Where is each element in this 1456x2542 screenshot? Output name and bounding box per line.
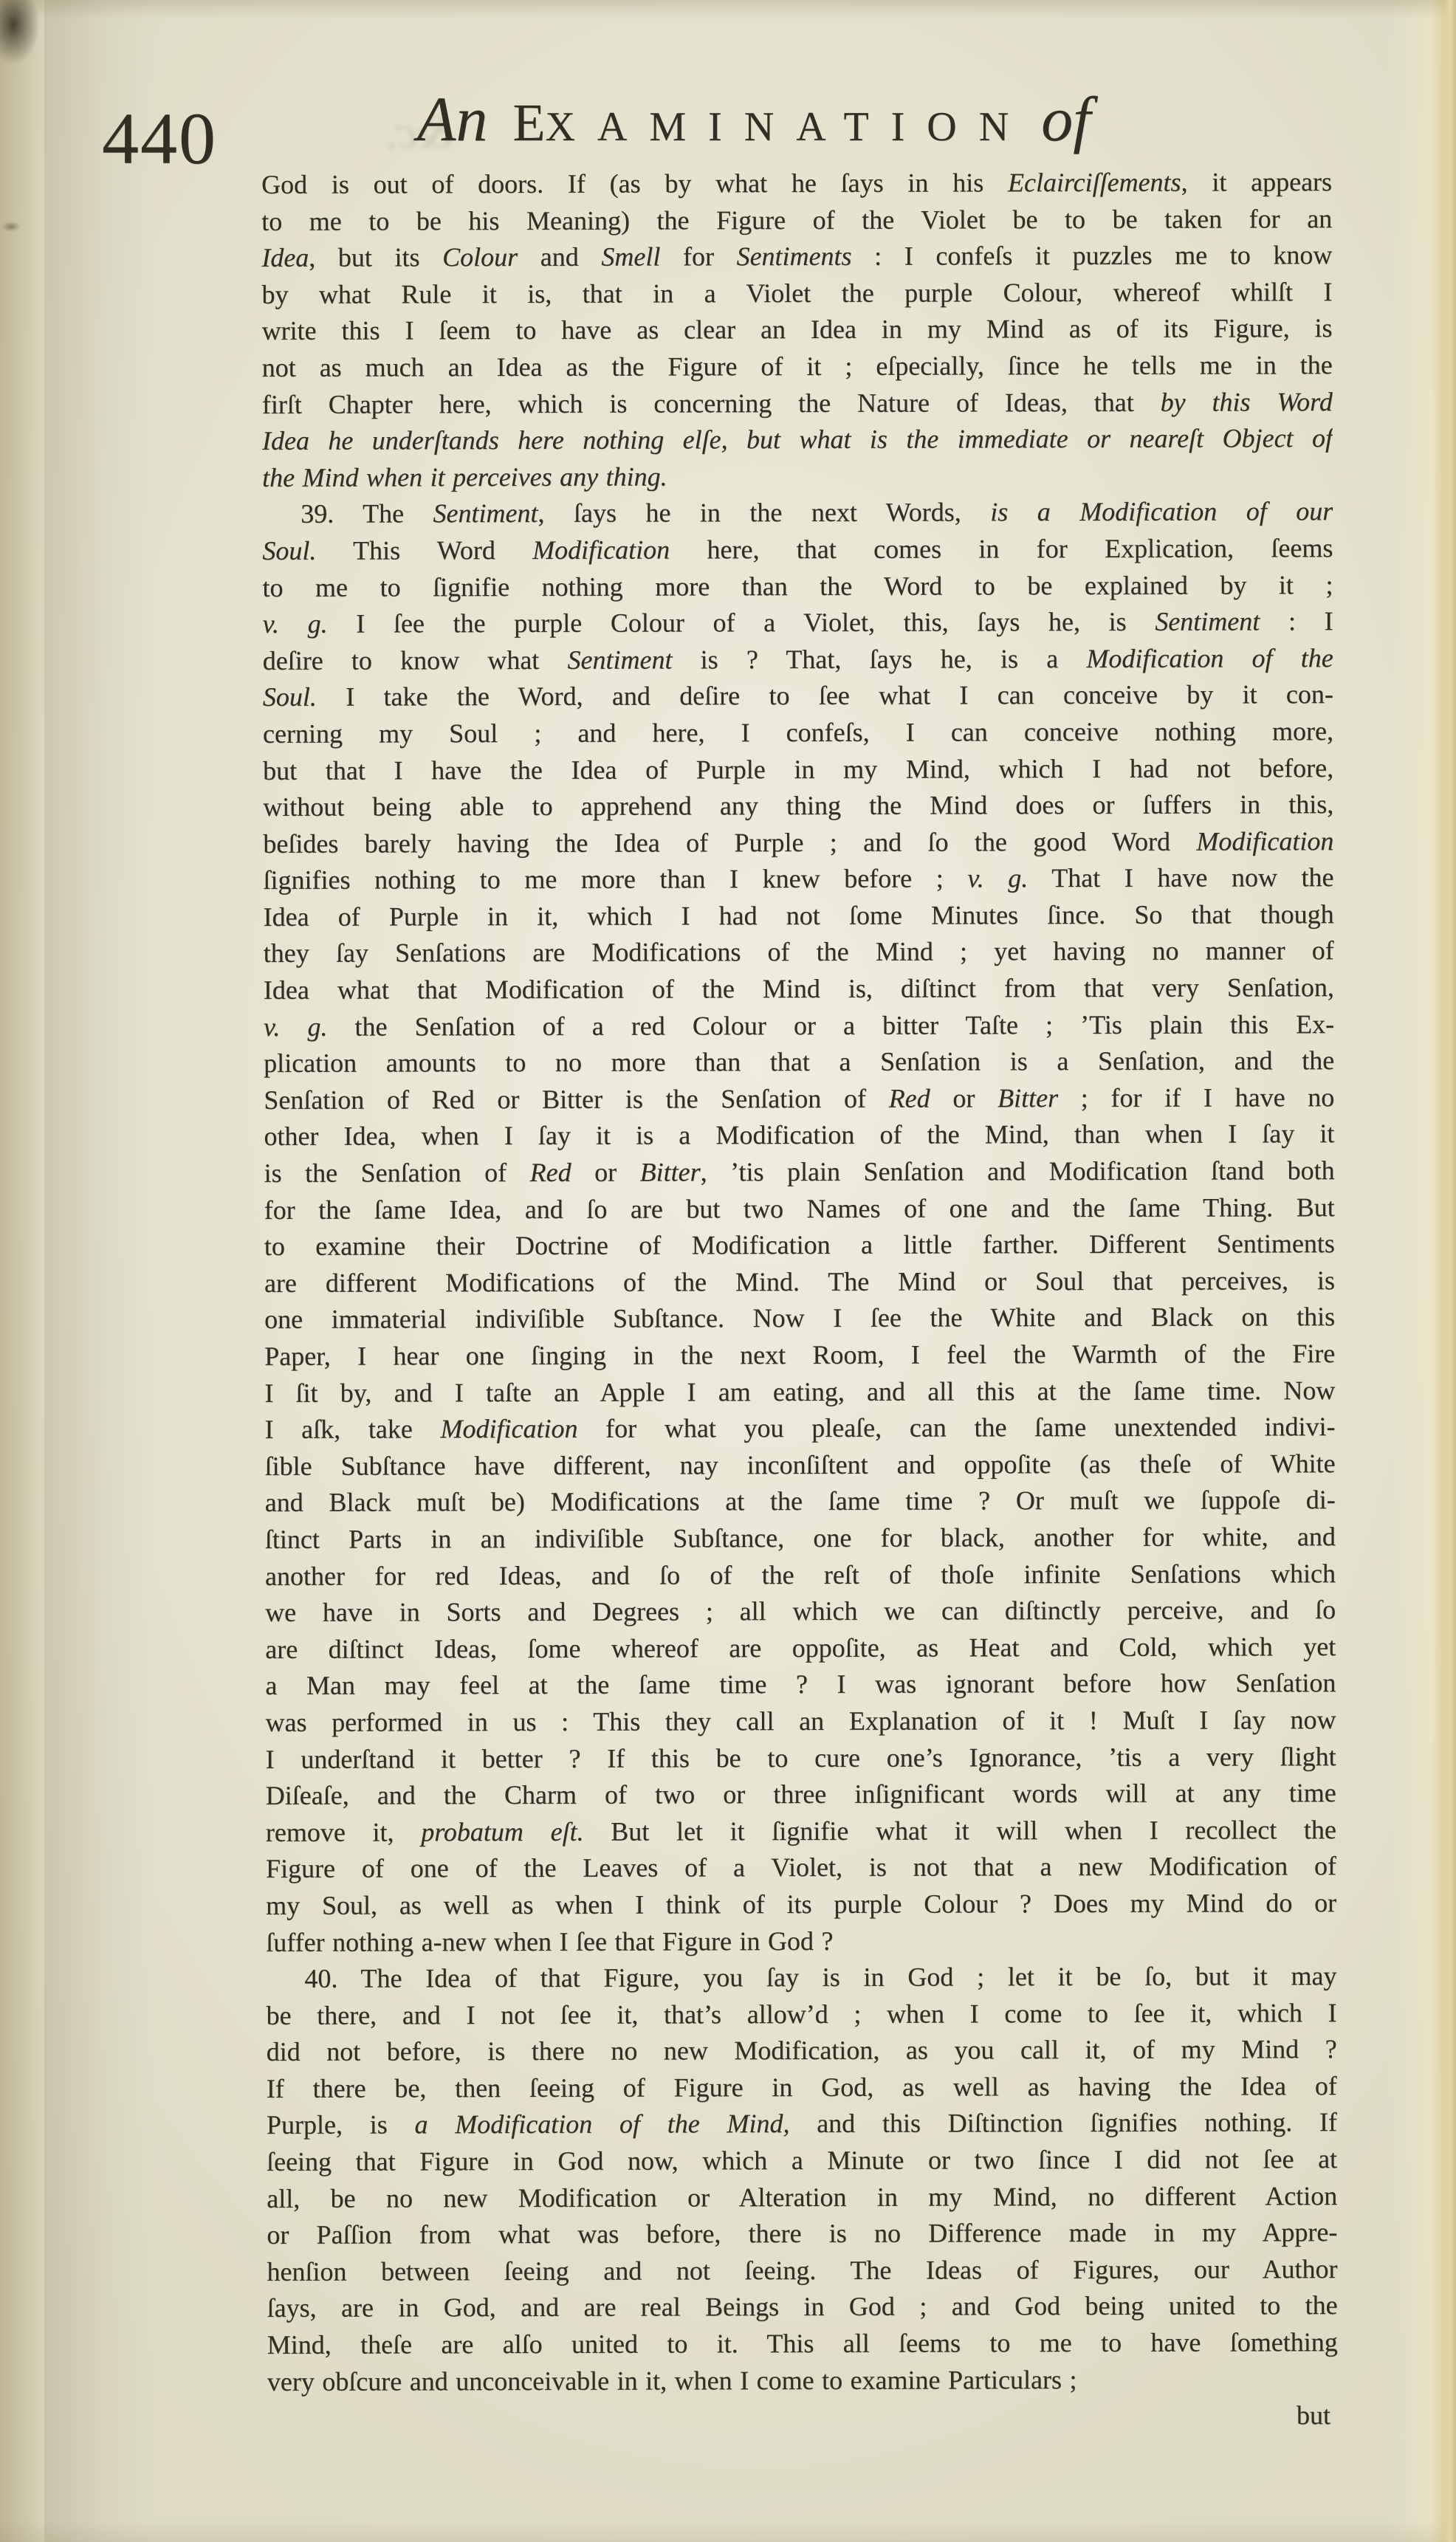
text-segment-italic: probatum eſt. [421, 1816, 583, 1847]
text-line: and Black muſt be) Modifications at the … [265, 1482, 1336, 1521]
text-segment-italic: Idea he underſtands here nothing elſe, b… [262, 423, 1333, 456]
text-segment: write this I ſeem to have as clear an Id… [262, 313, 1333, 346]
text-line: to me to ſignifie nothing more than the … [262, 567, 1333, 606]
text-segment: ſignifies nothing to me more than I knew… [263, 864, 967, 895]
running-title-main: EXAMINATION [512, 131, 1031, 143]
text-block: God is out of doors. If (as by what he ſ… [261, 164, 1338, 2437]
text-segment: ſuffer nothing a-new when I ſee that Fig… [266, 1926, 833, 1957]
running-title-rest: XAMINATION [545, 104, 1031, 150]
text-line: are different Modifications of the Mind.… [264, 1263, 1335, 1302]
text-segment: for [660, 241, 736, 271]
text-segment-italic: Soul. [262, 536, 316, 566]
text-segment: by what Rule it is, that in a Violet the… [261, 277, 1332, 309]
text-segment-italic: a Modification of the Mind, [414, 2109, 789, 2140]
text-segment: deſire to know what [263, 645, 568, 676]
text-segment: This Word [316, 535, 532, 566]
text-segment: be there, and I not ſee it, that’s allow… [266, 1998, 1336, 2030]
text-line: they ſay Senſations are Modifications of… [264, 933, 1334, 972]
text-segment: very obſcure and unconceivable in it, wh… [267, 2365, 1077, 2397]
text-segment: to examine their Doctrine of Modificatio… [264, 1229, 1335, 1261]
text-segment-italic: Soul. [263, 682, 317, 712]
text-segment: ſeeing that Figure in God now, which a M… [267, 2144, 1337, 2177]
text-segment-italic: Sentiments [736, 241, 851, 271]
text-segment: or [571, 1158, 640, 1187]
text-segment: : I confeſs it puzzles me to know [851, 240, 1332, 271]
text-segment: beſides barely having the Idea of Purple… [263, 826, 1196, 858]
text-segment: Senſation of Red or Bitter is the Senſat… [264, 1084, 888, 1115]
text-line: firſt Chapter here, which is concerning … [262, 384, 1333, 423]
text-line: other Idea, when I ſay it is a Modificat… [264, 1116, 1334, 1155]
text-segment: Mind, theſe are alſo united to it. This … [267, 2327, 1338, 2360]
text-segment: Paper, I hear one ſinging in the next Ro… [264, 1339, 1335, 1371]
text-segment-italic: Modification [440, 1414, 577, 1443]
text-segment: I underſtand it better ? If this be to c… [266, 1742, 1336, 1774]
text-segment: did not before, is there no new Modifica… [267, 2034, 1337, 2067]
text-line: is the Senſation of Red or Bitter, ’tis … [264, 1153, 1334, 1192]
text-line: my Soul, as well as when I think of its … [266, 1885, 1336, 1924]
binding-shadow [44, 0, 155, 2542]
text-segment: the Senſation of a red Colour or a bitte… [327, 1009, 1334, 1042]
text-line: one immaterial indiviſible Subſtance. No… [264, 1299, 1335, 1339]
text-segment: I ſit by, and I taſte an Apple I am eati… [264, 1375, 1335, 1408]
text-line: the Mind when it perceives any thing. [262, 457, 1333, 496]
text-segment: But let it ſignifie what it will when I … [584, 1815, 1336, 1847]
text-segment: other Idea, when I ſay it is a Modificat… [264, 1119, 1334, 1152]
text-segment: Figure of one of the Leaves of a Violet,… [266, 1851, 1336, 1883]
text-segment: a Man may feel at the ſame time ? I was … [265, 1668, 1336, 1700]
text-segment-italic: Modification [1196, 826, 1333, 856]
scan-corner-smudge [0, 0, 40, 65]
text-segment: and this Diſtinction ſignifies nothing. … [789, 2108, 1337, 2139]
running-title: AnEXAMINATIONof [0, 87, 1456, 151]
text-segment: 39. The [301, 499, 433, 529]
text-line: 39. The Sentiment, ſays he in the next W… [262, 493, 1333, 532]
text-segment-italic: Red [889, 1083, 930, 1113]
text-line: Idea he underſtands here nothing elſe, b… [262, 420, 1333, 459]
text-segment: I take the Word, and deſire to ſee what … [317, 679, 1333, 712]
text-segment: another for red Ideas, and ſo of the reſ… [265, 1559, 1336, 1591]
text-line: ſtinct Parts in an indiviſible Subſtance… [265, 1519, 1336, 1558]
text-segment: plication amounts to no more than that a… [264, 1045, 1334, 1078]
text-segment: , it appears [1181, 167, 1332, 197]
text-line: I ſit by, and I taſte an Apple I am eati… [264, 1373, 1335, 1412]
text-segment: they ſay Senſations are Modifications of… [264, 936, 1334, 969]
text-segment: , but its [309, 242, 442, 272]
text-line: Mind, theſe are alſo united to it. This … [267, 2324, 1338, 2363]
text-line: to examine their Doctrine of Modificatio… [264, 1226, 1335, 1265]
text-segment: I aſk, take [264, 1414, 440, 1444]
text-segment-italic: by this Word [1161, 387, 1333, 417]
text-line: ſible Subſtance have different, nay inco… [265, 1446, 1336, 1485]
text-line: 40. The Idea of that Figure, you ſay is … [266, 1958, 1336, 1997]
text-line: Diſeaſe, and the Charm of two or three i… [266, 1775, 1336, 1814]
text-segment: I ſee the purple Colour of a Violet, thi… [328, 607, 1155, 639]
text-segment: not as much an Idea as the Figure of it … [262, 350, 1333, 382]
text-segment: and Black muſt be) Modifications at the … [265, 1485, 1336, 1517]
text-line: plication amounts to no more than that a… [264, 1042, 1334, 1082]
text-segment-italic: Sentiment [433, 498, 538, 528]
text-segment-italic: Red [530, 1158, 571, 1187]
text-line: remove it, probatum eſt. But let it ſign… [266, 1812, 1336, 1851]
text-segment: one immaterial indiviſible Subſtance. No… [264, 1302, 1335, 1335]
text-line: or Paſſion from what was before, there i… [267, 2214, 1337, 2253]
text-segment: ſtinct Parts in an indiviſible Subſtance… [265, 1522, 1336, 1554]
text-segment: Idea of Purple in it, which I had not ſo… [264, 899, 1334, 932]
text-line: ſignifies nothing to me more than I knew… [263, 859, 1333, 899]
text-line: ſays, are in God, and are real Beings in… [267, 2288, 1338, 2327]
text-segment-italic: Smell [601, 242, 660, 272]
text-segment: , ſays he in the next Words, [538, 498, 990, 529]
text-segment: ſible Subſtance have different, nay inco… [265, 1449, 1336, 1481]
text-line: without being able to apprehend any thin… [263, 786, 1333, 825]
text-line: by what Rule it is, that in a Violet the… [261, 274, 1332, 313]
text-line: for the ſame Idea, and ſo are but two Na… [264, 1189, 1335, 1229]
text-line: henſion between ſeeing and not ſeeing. T… [267, 2251, 1337, 2290]
text-line: Figure of one of the Leaves of a Violet,… [266, 1848, 1336, 1887]
text-segment-italic: Idea [261, 243, 309, 272]
text-line: a Man may feel at the ſame time ? I was … [265, 1665, 1336, 1704]
text-segment-italic: Modification [532, 535, 670, 564]
text-line: Soul. I take the Word, and deſire to ſee… [263, 676, 1333, 715]
text-segment: or Paſſion from what was before, there i… [267, 2217, 1337, 2250]
text-segment: we have in Sorts and Degrees ; all which… [265, 1595, 1336, 1627]
text-segment: henſion between ſeeing and not ſeeing. T… [267, 2254, 1337, 2287]
text-segment-italic: Eclairciſſements [1008, 168, 1181, 198]
running-title-an: An [417, 83, 488, 154]
text-line: I aſk, take Modification for what you pl… [264, 1409, 1335, 1448]
text-line: very obſcure and unconceivable in it, wh… [267, 2361, 1338, 2400]
book-page: &c. 440 AnEXAMINATIONof God is out of do… [0, 0, 1456, 2542]
text-line: did not before, is there no new Modifica… [267, 2031, 1337, 2070]
text-line: If there be, then ſeeing of Figure in Go… [267, 2068, 1337, 2107]
text-segment: or [930, 1083, 998, 1113]
text-segment-italic: Modification of the [1086, 643, 1333, 673]
text-segment: are different Modifications of the Mind.… [264, 1265, 1335, 1298]
text-segment: are diſtinct Ideas, ſome whereof are opp… [265, 1632, 1336, 1664]
text-segment-italic: Sentiment [567, 645, 672, 674]
text-segment-italic: Bitter [640, 1157, 701, 1186]
text-segment: Purple, is [267, 2110, 415, 2140]
text-line: Idea what that Modification of the Mind … [264, 969, 1334, 1009]
text-segment: Idea what that Modification of the Mind … [264, 972, 1334, 1005]
text-line: another for red Ideas, and ſo of the reſ… [265, 1556, 1336, 1595]
text-line: v. g. I ſee the purple Colour of a Viole… [263, 603, 1333, 642]
text-line: beſides barely having the Idea of Purple… [263, 823, 1333, 862]
text-segment-italic: Bitter [997, 1083, 1058, 1113]
text-line: all, be no new Modification or Alteratio… [267, 2178, 1337, 2217]
text-line: be there, and I not ſee it, that’s allow… [266, 1995, 1336, 2034]
text-segment: remove it, [266, 1817, 421, 1847]
text-segment: That I have now the [1028, 862, 1333, 893]
text-line: was performed in us : This they call an … [265, 1702, 1336, 1741]
text-line: I underſtand it better ? If this be to c… [266, 1739, 1336, 1778]
text-segment: is the Senſation of [264, 1158, 529, 1188]
text-segment-italic: v. g. [264, 1011, 328, 1041]
text-segment: firſt Chapter here, which is concerning … [262, 387, 1161, 419]
text-line: cerning my Soul ; and here, I confeſs, I… [263, 713, 1333, 752]
text-line: write this I ſeem to have as clear an Id… [261, 310, 1332, 349]
text-segment: cerning my Soul ; and here, I confeſs, I… [263, 716, 1333, 749]
text-line: v. g. the Senſation of a red Colour or a… [264, 1006, 1334, 1045]
text-segment: , ’tis plain Senſation and Modification … [701, 1155, 1335, 1186]
running-title-of: of [1041, 83, 1091, 154]
text-segment: here, that comes in for Explication, ſee… [670, 533, 1333, 564]
text-segment: God is out of doors. If (as by what he ſ… [261, 168, 1008, 199]
text-segment: all, be no new Modification or Alteratio… [267, 2181, 1337, 2213]
text-line: ſuffer nothing a-new when I ſee that Fig… [266, 1922, 1336, 1961]
text-line: Paper, I hear one ſinging in the next Ro… [264, 1336, 1335, 1375]
text-line: deſire to know what Sentiment is ? That,… [263, 640, 1333, 679]
text-line: Purple, is a Modification of the Mind, a… [267, 2105, 1337, 2144]
text-line: God is out of doors. If (as by what he ſ… [261, 164, 1332, 203]
text-line: are diſtinct Ideas, ſome whereof are opp… [265, 1629, 1336, 1668]
running-title-initial: E [512, 93, 545, 152]
text-line: Soul. This Word Modification here, that … [262, 530, 1333, 569]
text-segment: but that I have the Idea of Purple in my… [263, 753, 1333, 786]
text-segment: ſays, are in God, and are real Beings in… [267, 2291, 1338, 2323]
text-segment-italic: v. g. [967, 863, 1028, 893]
text-segment-italic: the Mind when it perceives any thing. [262, 461, 667, 492]
text-segment: my Soul, as well as when I think of its … [266, 1888, 1336, 1920]
text-line: Senſation of Red or Bitter is the Senſat… [264, 1079, 1334, 1119]
scan-margin-smudge [1, 221, 21, 232]
text-segment: Diſeaſe, and the Charm of two or three i… [266, 1778, 1336, 1810]
text-segment: for what you pleaſe, can the ſame unexte… [577, 1412, 1335, 1443]
text-segment-italic: v. g. [263, 609, 328, 639]
text-segment: without being able to apprehend any thin… [263, 789, 1333, 822]
text-segment: ; for if I have no [1058, 1082, 1334, 1113]
text-line: Idea of Purple in it, which I had not ſo… [264, 896, 1334, 935]
text-segment: to me to be his Meaning) the Figure of t… [261, 204, 1332, 236]
text-segment: : I [1260, 606, 1333, 636]
text-segment: and [518, 242, 601, 272]
text-segment: 40. The Idea of that Figure, you ſay is … [304, 1961, 1336, 1993]
text-segment: to me to ſignifie nothing more than the … [262, 570, 1333, 602]
text-segment: was performed in us : This they call an … [265, 1705, 1336, 1737]
page-edge [1431, 0, 1456, 2542]
text-segment-italic: is a Modification of our [990, 496, 1333, 526]
text-segment: If there be, then ſeeing of Figure in Go… [267, 2071, 1337, 2103]
text-line: to me to be his Meaning) the Figure of t… [261, 201, 1332, 240]
catchword: but [267, 2397, 1338, 2436]
text-segment-italic: Sentiment [1155, 606, 1260, 636]
text-line: we have in Sorts and Degrees ; all which… [265, 1592, 1336, 1631]
text-line: but that I have the Idea of Purple in my… [263, 750, 1333, 789]
text-segment: is ? That, ſays he, is a [672, 644, 1086, 674]
text-segment: for the ſame Idea, and ſo are but two Na… [264, 1192, 1335, 1225]
text-line: ſeeing that Figure in God now, which a M… [267, 2141, 1337, 2180]
text-line: not as much an Idea as the Figure of it … [262, 347, 1333, 386]
text-segment-italic: Colour [442, 242, 518, 272]
text-line: Idea, but its Colour and Smell for Senti… [261, 237, 1332, 276]
